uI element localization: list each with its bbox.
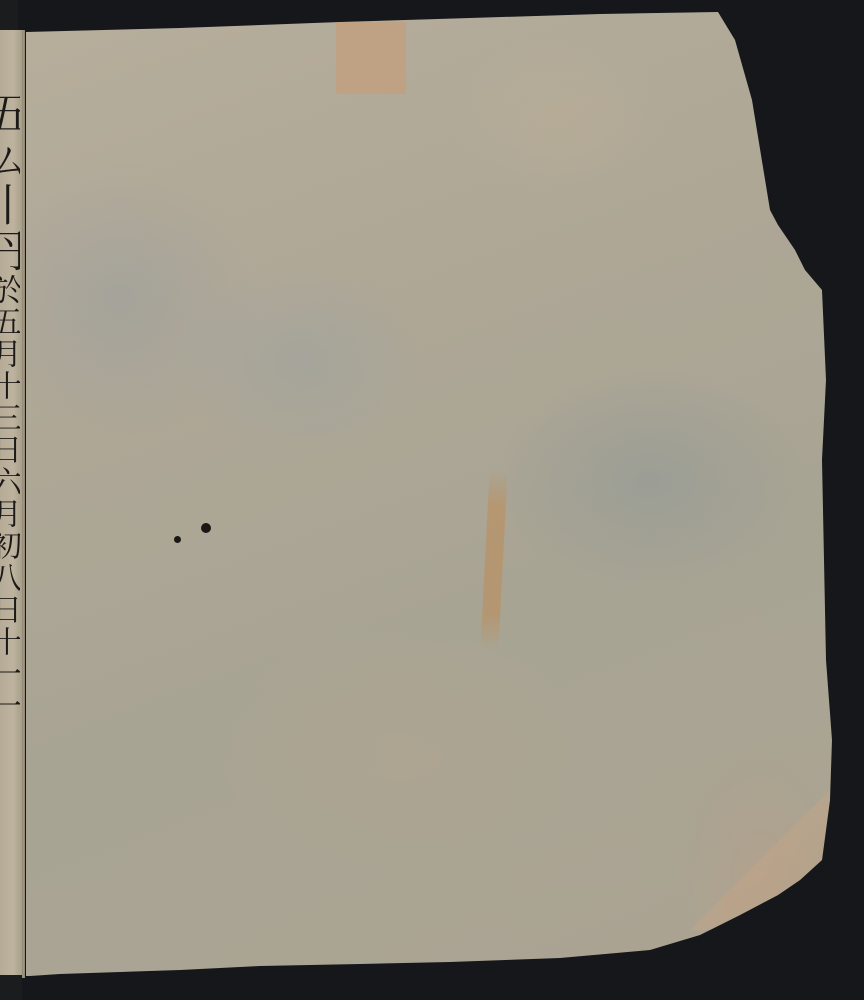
small-characters: 於五月十三日六月初八日十一一: [0, 274, 20, 722]
large-characters: 五ㄙ丨丹: [0, 90, 20, 274]
ink-spot: [201, 523, 211, 533]
seal-stain: [336, 22, 406, 94]
manuscript-page: [0, 0, 864, 1000]
ink-spot: [174, 536, 181, 543]
left-edge-shadow-bottom: [0, 975, 22, 1000]
margin-handwriting: 五ㄙ丨丹於五月十三日六月初八日十一一: [0, 90, 20, 970]
water-stain: [480, 470, 507, 651]
binding-fold-line: [22, 30, 25, 978]
left-edge-shadow-top: [0, 0, 18, 34]
